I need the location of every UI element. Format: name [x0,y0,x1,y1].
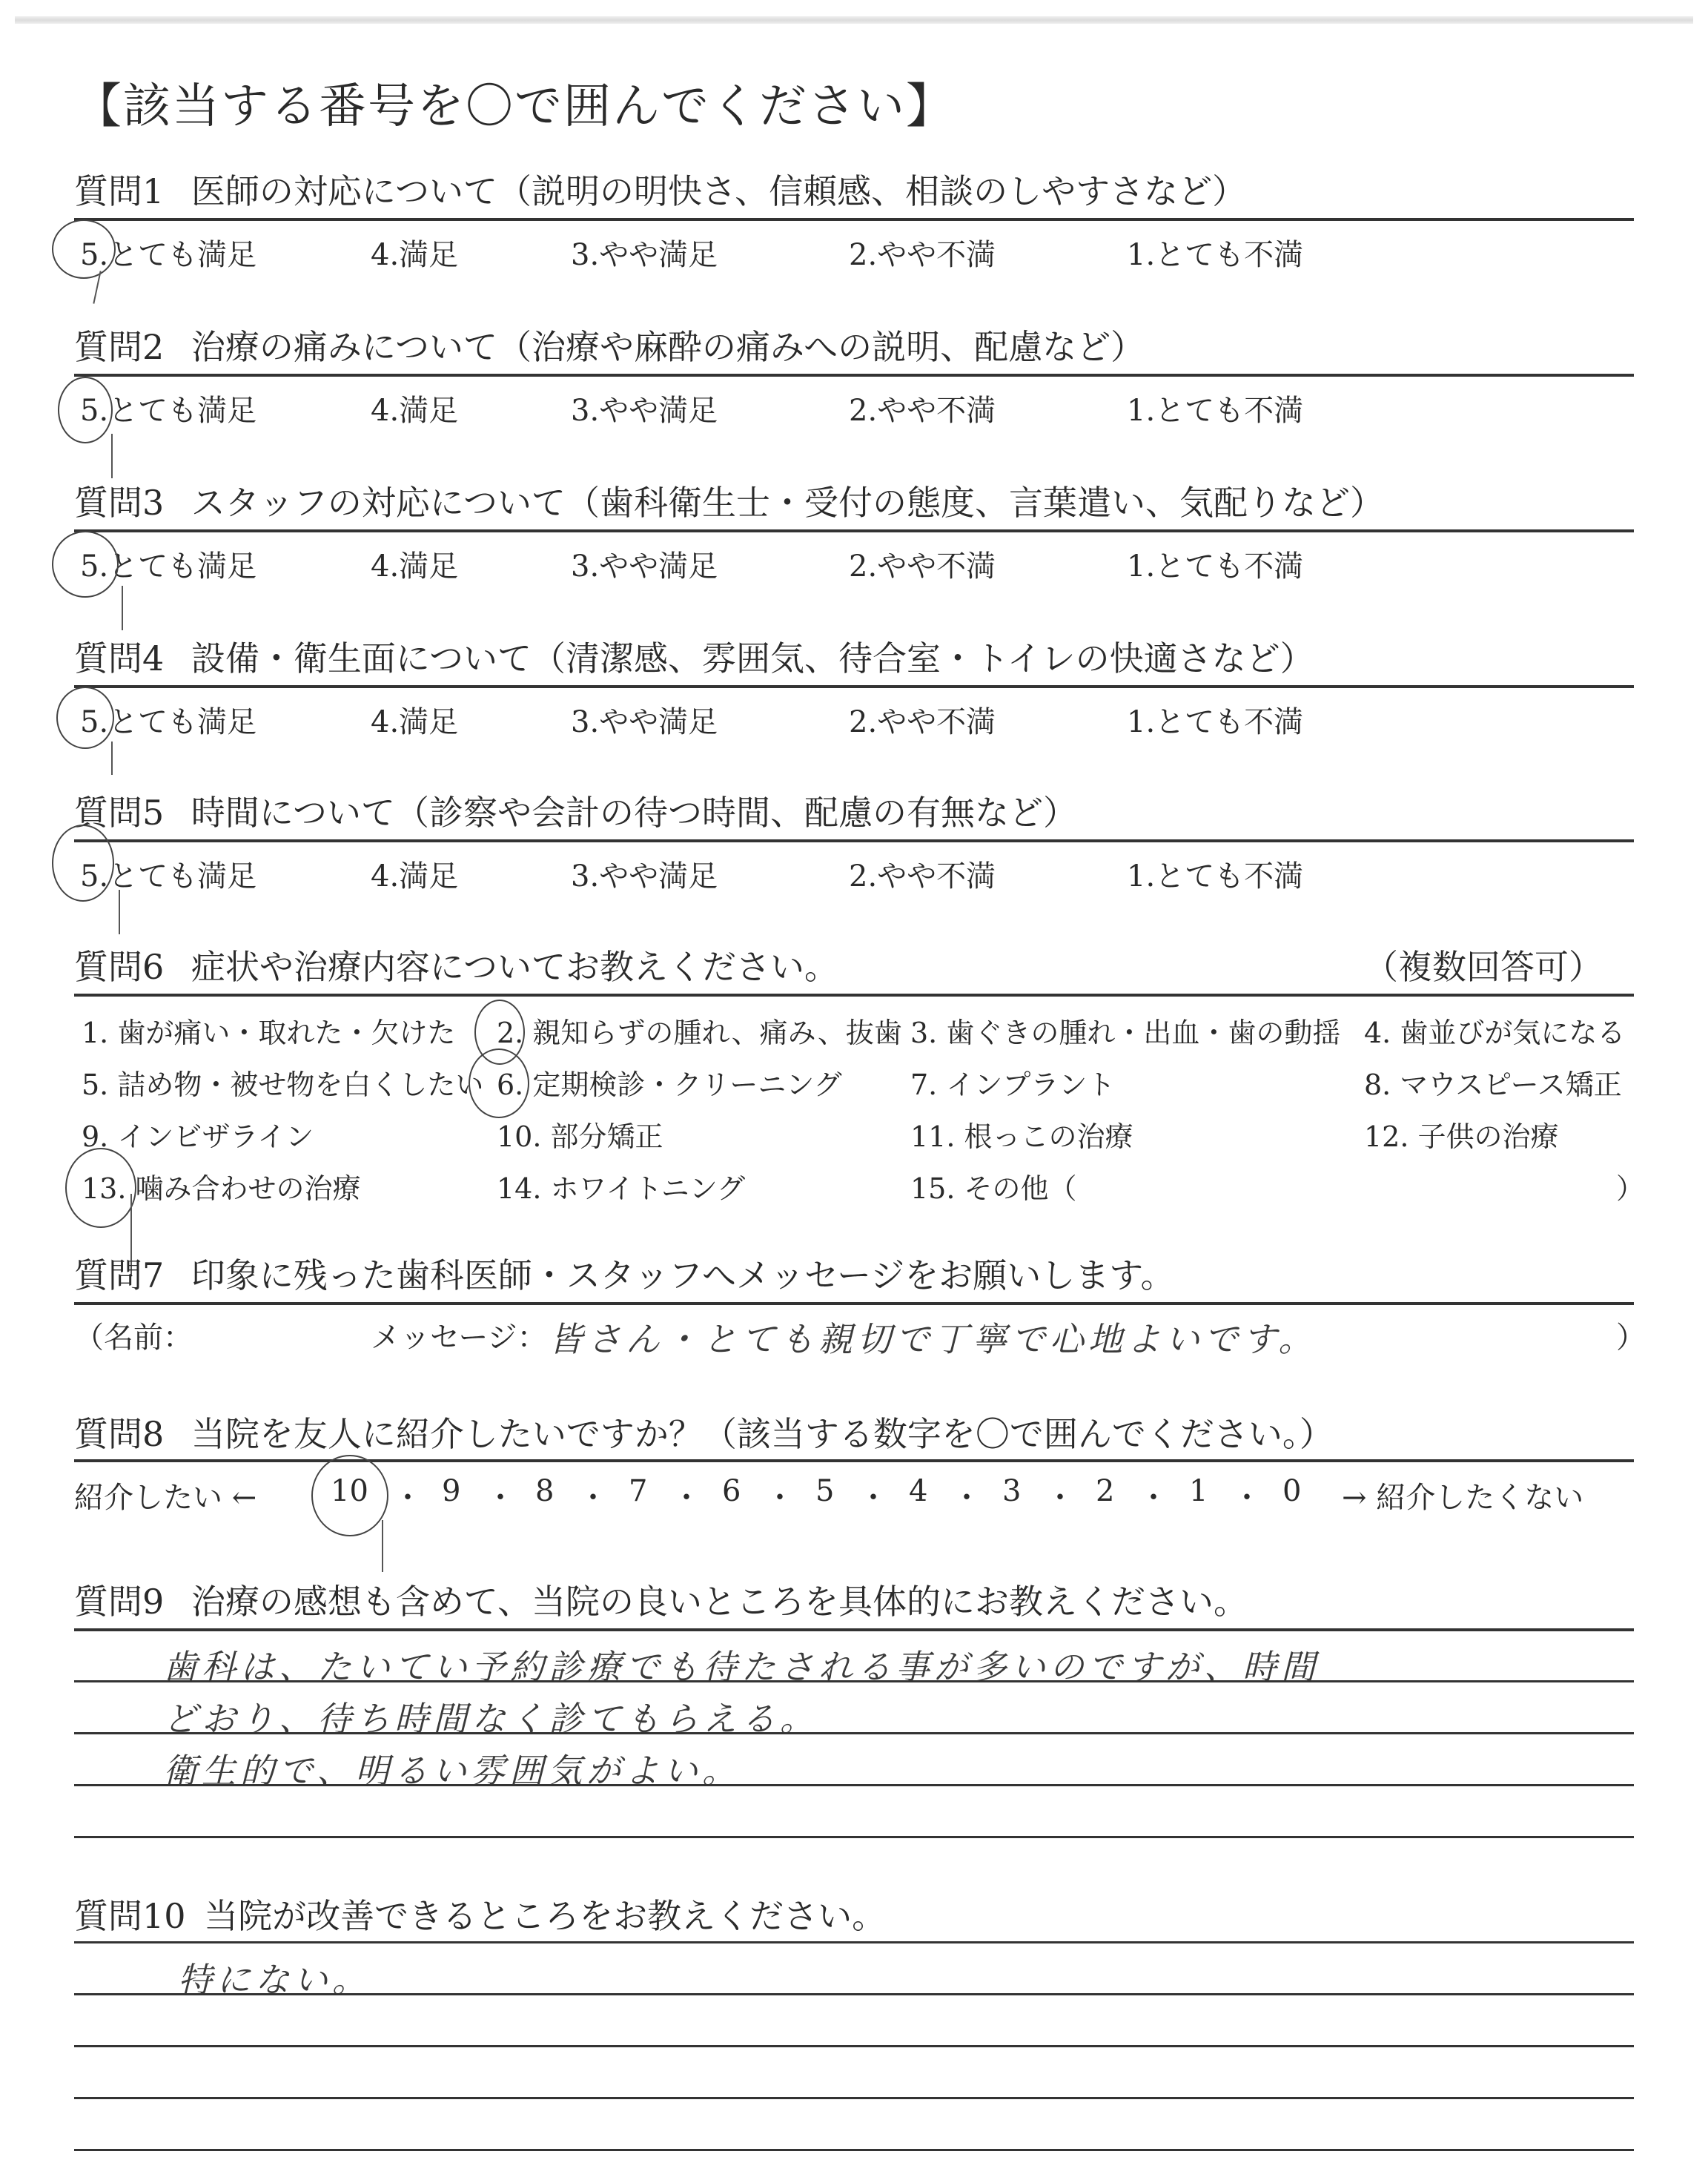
question-7-heading: 質問7 印象に残った歯科医師・スタッフへメッセージをお願いします。 [74,1249,1175,1298]
q6-item-5[interactable]: 5. 詰め物・被せ物を白くしたい [82,1062,483,1103]
question-6-label: 質問6 [74,947,164,987]
q5-option-4[interactable]: 4.満足 [371,853,458,895]
question-2-label: 質問2 [74,327,164,367]
answer-line [74,2149,1634,2151]
q6-item-9[interactable]: 9. インビザライン [82,1114,314,1155]
q2-option-4[interactable]: 4.満足 [371,387,458,429]
question-2-text: 治療の痛みについて（治療や麻酔の痛みへの説明、配慮など） [191,327,1145,367]
selection-circle-icon [52,825,114,902]
answer-line [74,1836,1634,1838]
scale-8[interactable]: 8 [535,1474,554,1508]
q1-option-1[interactable]: 1.とても不満 [1127,231,1303,274]
scale-sep: ・ [1232,1474,1262,1516]
page-title: 【該当する番号を〇で囲んでください】 [74,68,955,136]
scale-sep: ・ [1139,1474,1168,1516]
q6-item-11[interactable]: 11. 根っこの治療 [910,1114,1133,1155]
answer-line [74,1732,1634,1734]
selection-circle-icon [52,219,116,279]
divider [74,1628,1634,1631]
answer-line [74,1784,1634,1786]
scale-sep: ・ [393,1474,423,1516]
question-7-label: 質問7 [74,1255,164,1295]
q3-option-2[interactable]: 2.やや不満 [849,543,996,585]
q6-other-close-paren: ） [1616,1166,1644,1206]
answer-line [74,1680,1634,1682]
q6-item-6[interactable]: 6. 定期検診・クリーニング [497,1062,842,1103]
pen-stroke [122,586,123,630]
scale-9[interactable]: 9 [442,1474,460,1508]
question-4-heading: 質問4 設備・衛生面について（清潔感、雰囲気、待合室・トイレの快適さなど） [74,632,1314,681]
question-10-label: 質問10 [74,1896,186,1936]
selection-circle-icon [56,687,114,749]
selection-circle-icon [469,1048,529,1118]
scale-left-label: 紹介したい ← [74,1474,256,1516]
q5-option-1[interactable]: 1.とても不満 [1127,853,1303,895]
question-9-heading: 質問9 治療の感想も含めて、当院の良いところを具体的にお教えください。 [74,1575,1248,1624]
question-8-heading: 質問8 当院を友人に紹介したいですか？（該当する数字を〇で囲んでください。） [74,1407,1334,1456]
q6-item-15-other[interactable]: 15. その他（ [910,1166,1077,1206]
scale-4[interactable]: 4 [909,1474,927,1508]
divider [74,1941,1634,1943]
scale-right-label: → 紹介したくない [1342,1474,1583,1516]
pen-stroke [111,742,113,775]
q4-option-2[interactable]: 2.やや不満 [849,698,996,741]
scale-2[interactable]: 2 [1096,1474,1114,1508]
divider [74,374,1634,377]
question-10-text: 当院が改善できるところをお教えください。 [204,1896,886,1936]
divider [74,994,1634,997]
scale-sep: ・ [858,1474,888,1516]
divider [74,1459,1634,1462]
selection-circle-icon [52,531,119,598]
multiple-answers-note: （複数回答可） [1364,940,1603,989]
pen-stroke [111,434,113,478]
divider [74,218,1634,221]
message-close-paren: ） [1616,1314,1646,1356]
q6-item-1[interactable]: 1. 歯が痛い・取れた・欠けた [82,1010,455,1051]
question-3-heading: 質問3 スタッフの対応について（歯科衛生士・受付の態度、言葉遣い、気配りなど） [74,476,1384,525]
divider [74,685,1634,688]
selection-circle-icon [311,1455,388,1536]
question-3-label: 質問3 [74,483,164,523]
q3-option-3[interactable]: 3.やや満足 [571,543,718,585]
scale-7[interactable]: 7 [629,1474,647,1508]
question-1-label: 質問1 [74,171,164,211]
divider [74,1302,1634,1305]
question-1-text: 医師の対応について（説明の明快さ、信頼感、相談のしやすさなど） [191,171,1246,211]
q6-item-3[interactable]: 3. 歯ぐきの腫れ・出血・歯の動揺 [910,1010,1340,1051]
divider [74,839,1634,842]
message-label: メッセージ： [371,1314,547,1356]
q4-option-1[interactable]: 1.とても不満 [1127,698,1303,741]
question-8-label: 質問8 [74,1414,164,1454]
q6-item-12[interactable]: 12. 子供の治療 [1364,1114,1559,1155]
q6-item-2[interactable]: 2. 親知らずの腫れ、痛み、抜歯 [497,1010,902,1051]
answer-line [74,2097,1634,2099]
q6-item-7[interactable]: 7. インプラント [910,1062,1115,1103]
scale-sep: ・ [486,1474,515,1516]
scale-sep: ・ [765,1474,795,1516]
question-6-heading: 質問6 症状や治療内容についてお教えください。 [74,940,838,989]
pen-stroke [382,1520,383,1572]
q6-item-4[interactable]: 4. 歯並びが気になる [1364,1010,1625,1051]
question-7-text: 印象に残った歯科医師・スタッフへメッセージをお願いします。 [191,1255,1175,1295]
question-2-heading: 質問2 治療の痛みについて（治療や麻酔の痛みへの説明、配慮など） [74,320,1145,369]
scale-sep: ・ [578,1474,608,1516]
q4-option-3[interactable]: 3.やや満足 [571,698,718,741]
question-8-text: 当院を友人に紹介したいですか？（該当する数字を〇で囲んでください。） [191,1414,1334,1454]
selection-circle-icon [58,377,113,443]
selection-circle-icon [65,1148,136,1228]
q2-option-3[interactable]: 3.やや満足 [571,387,718,429]
q5-option-2[interactable]: 2.やや不満 [849,853,996,895]
message-value[interactable]: 皆さん・とても親切で丁寧で心地よいです。 [549,1312,1317,1361]
answer-line [74,2045,1634,2047]
scale-0[interactable]: 0 [1282,1474,1301,1508]
pen-stroke [119,890,120,934]
scale-sep: ・ [672,1474,701,1516]
question-4-label: 質問4 [74,638,164,678]
q3-option-4[interactable]: 4.満足 [371,543,458,585]
name-label: （名前： [74,1314,193,1356]
question-6-text: 症状や治療内容についてお教えください。 [191,947,838,987]
question-4-text: 設備・衛生面について（清潔感、雰囲気、待合室・トイレの快適さなど） [191,638,1314,678]
scan-top-edge [15,16,1693,24]
q5-option-3[interactable]: 3.やや満足 [571,853,718,895]
q1-option-2[interactable]: 2.やや不満 [849,231,996,274]
q6-item-8[interactable]: 8. マウスピース矯正 [1364,1062,1622,1103]
divider [74,529,1634,532]
scale-1[interactable]: 1 [1189,1474,1208,1508]
question-1-heading: 質問1 医師の対応について（説明の明快さ、信頼感、相談のしやすさなど） [74,165,1246,214]
q2-option-2[interactable]: 2.やや不満 [849,387,996,429]
question-10-heading: 質問10 当院が改善できるところをお教えください。 [74,1889,886,1938]
question-9-text: 治療の感想も含めて、当院の良いところを具体的にお教えください。 [191,1582,1248,1622]
scale-3[interactable]: 3 [1002,1474,1021,1508]
scale-sep: ・ [952,1474,982,1516]
answer-line [74,1993,1634,1995]
question-9-label: 質問9 [74,1582,164,1622]
scale-6[interactable]: 6 [722,1474,741,1508]
q6-item-10[interactable]: 10. 部分矯正 [497,1114,663,1155]
question-5-heading: 質問5 時間について（診察や会計の待つ時間、配慮の有無など） [74,786,1077,835]
q2-option-1[interactable]: 1.とても不満 [1127,387,1303,429]
q1-option-4[interactable]: 4.満足 [371,231,458,274]
question-5-text: 時間について（診察や会計の待つ時間、配慮の有無など） [191,793,1077,833]
q3-option-1[interactable]: 1.とても不満 [1127,543,1303,585]
scale-sep: ・ [1045,1474,1075,1516]
question-3-text: スタッフの対応について（歯科衛生士・受付の態度、言葉遣い、気配りなど） [191,483,1384,523]
q4-option-4[interactable]: 4.満足 [371,698,458,741]
q6-item-14[interactable]: 14. ホワイトニング [497,1166,745,1206]
q1-option-3[interactable]: 3.やや満足 [571,231,718,274]
scale-5[interactable]: 5 [815,1474,834,1508]
